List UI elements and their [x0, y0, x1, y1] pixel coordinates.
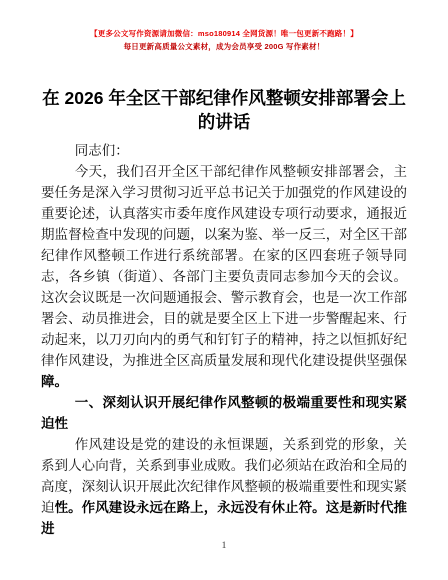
text-run: 今天，我们召开全区干部纪律作风整顿安排部署会，主要任务是深入学习贯彻习近平总书记… — [41, 164, 407, 368]
document-title: 在 2026 年全区干部纪律作风整顿安排部署会上的讲话 — [40, 86, 408, 134]
document-page: { "watermark": { "line1": "【更多公文写作资源请加微信… — [0, 0, 448, 580]
paragraph: 作风建设是党的建设的永恒课题，关系到党的形象，关系到人心向背，关系到事业成败。我… — [41, 434, 407, 539]
section-heading: 一、深刻认识开展纪律作风整顿的极端重要性和现实紧迫性 — [41, 392, 407, 434]
paragraph: 今天，我们召开全区干部纪律作风整顿安排部署会，主要任务是深入学习贯彻习近平总书记… — [41, 161, 407, 392]
watermark-line-2: 每日更新高质量公文素材，成为会员享受 200G 写作素材！ — [0, 40, 448, 53]
text-run: 同志们： — [75, 143, 129, 158]
watermark-line-1: 【更多公文写作资源请加微信：mso180914 全网货源！唯一包更新不跑路！】 — [0, 27, 448, 40]
document-body: 同志们：今天，我们召开全区干部纪律作风整顿安排部署会，主要任务是深入学习贯彻习近… — [0, 140, 448, 539]
text-run: 一、深刻认识开展纪律作风整顿的极端重要性和现实紧迫性 — [41, 395, 407, 431]
paragraph: 同志们： — [41, 140, 407, 161]
text-run: 性。作风建设永远在路上，永远没有休止符。这是新时代推进 — [41, 500, 407, 536]
page-number: 1 — [0, 539, 448, 553]
watermark-header: 【更多公文写作资源请加微信：mso180914 全网货源！唯一包更新不跑路！】 … — [0, 27, 448, 53]
text-run: 障。 — [41, 374, 68, 389]
